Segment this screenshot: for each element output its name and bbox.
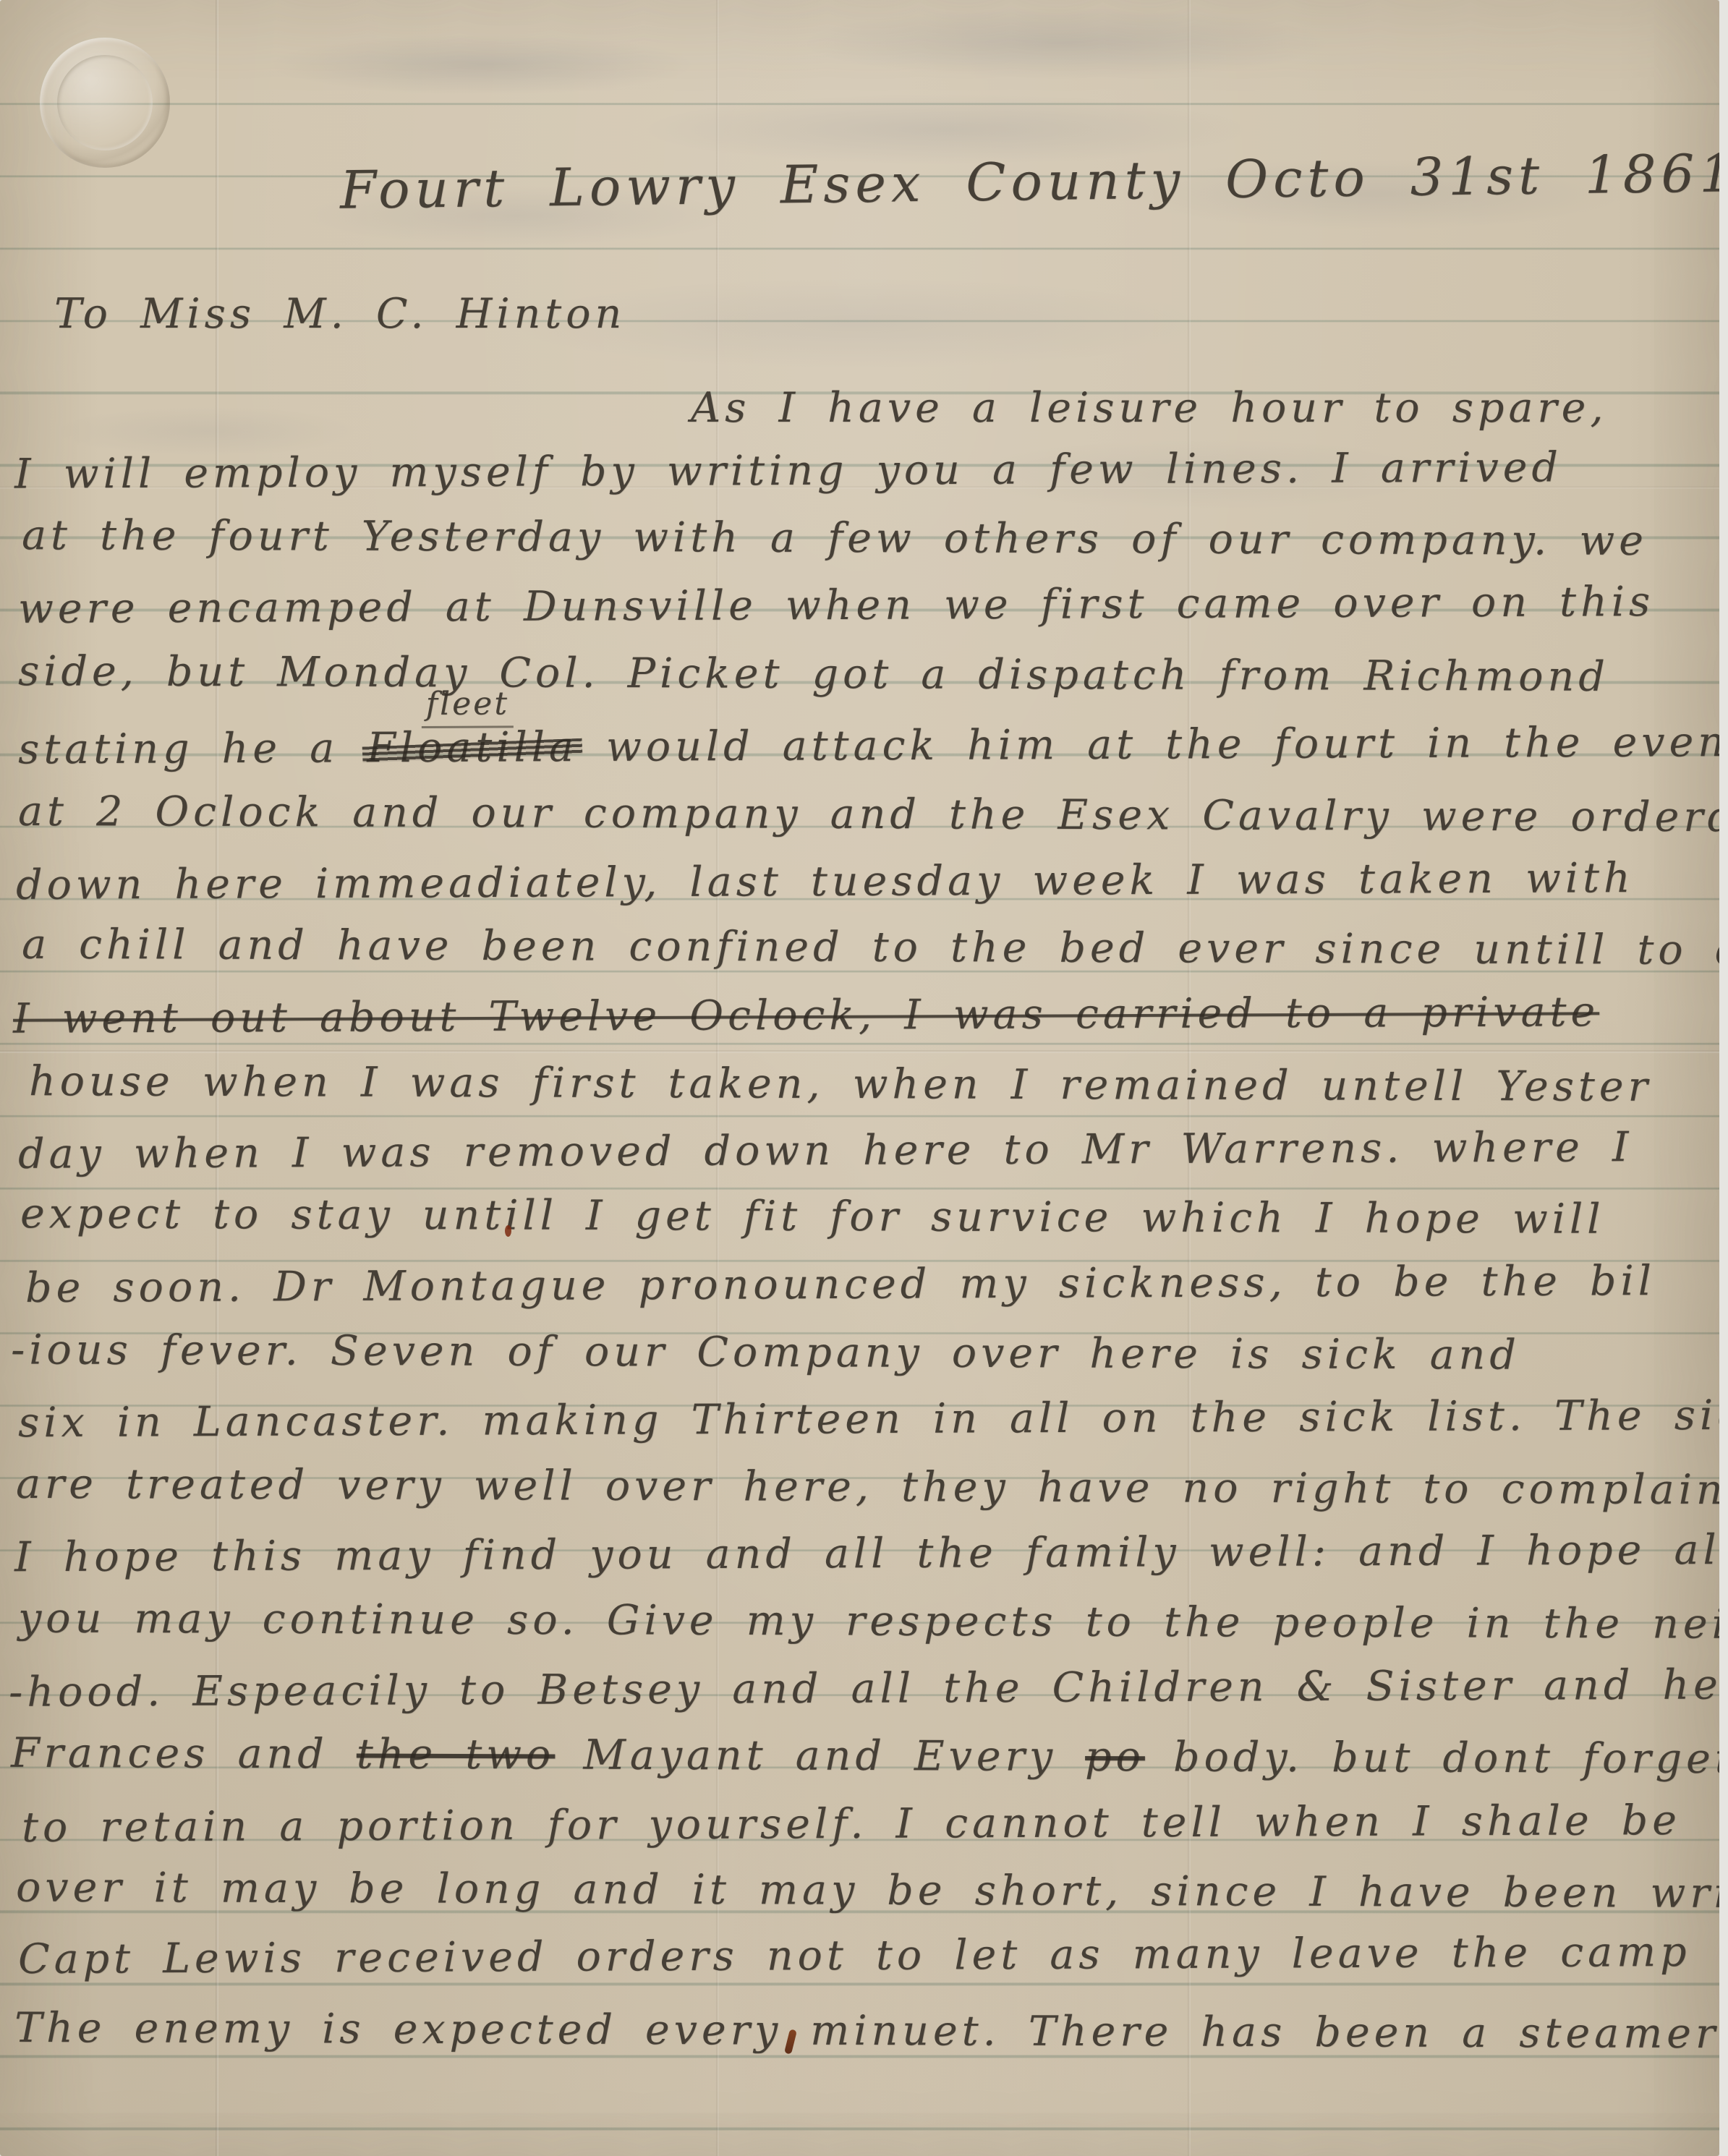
- handwritten-line: Capt Lewis received orders not to let as…: [18, 1926, 1691, 1986]
- scanner-background-edge: [1719, 0, 1728, 2156]
- handwritten-line: expect to stay untill I get fit for surv…: [20, 1188, 1605, 1246]
- handwritten-line: were encamped at Dunsville when we first…: [18, 576, 1655, 636]
- letter-opening-line: As I have a leisure hour to spare,: [691, 382, 1608, 435]
- handwritten-line: over it may be long and it may be short,…: [16, 1862, 1728, 1921]
- scribbled-out-word: Floatillafleet: [367, 721, 578, 775]
- handwritten-line: day when I was removed down here to Mr W…: [18, 1121, 1633, 1181]
- fold-crease-horizontal: [0, 1050, 1719, 1053]
- handwritten-line: are treated very well over here, they ha…: [16, 1458, 1727, 1517]
- struck-word: Floatilla: [367, 721, 578, 775]
- handwritten-line: at the fourt Yesterday with a few others…: [22, 509, 1648, 568]
- handwritten-line: house when I was first taken, when I rem…: [29, 1055, 1652, 1114]
- handwritten-line-with-strikeouts: Frances and the two Mayant and Every po …: [11, 1727, 1728, 1786]
- line-text: would attack him at the fourt in the eve…: [578, 718, 1728, 771]
- handwritten-line: I hope this may find you and all the fam…: [14, 1524, 1728, 1585]
- handwritten-line: at 2 Oclock and our company and the Esex…: [18, 785, 1728, 844]
- handwritten-line: The enemy is expected every minuet. Ther…: [14, 2002, 1719, 2061]
- handwritten-line-with-insertion: stating he a Floatillafleet would attack…: [18, 716, 1728, 777]
- handwritten-line-struck-through: I went out about Twelve Oclock, I was ca…: [13, 986, 1599, 1046]
- handwritten-line: a chill and have been confined to the be…: [22, 919, 1728, 978]
- line-text: body. but dont forget: [1145, 1733, 1728, 1783]
- letter-salutation: To Miss M. C. Hinton: [54, 288, 626, 341]
- ink-blot: [505, 1225, 511, 1237]
- handwritten-line: -ious fever. Seven of our Company over h…: [11, 1324, 1520, 1381]
- line-text: stating he a: [18, 724, 367, 773]
- handwritten-line: I will employ myself by writing you a fe…: [14, 441, 1562, 500]
- handwritten-line: -hood. Espeacily to Betsey and all the C…: [9, 1658, 1728, 1719]
- handwritten-line: side, but Monday Col. Picket got a dispa…: [18, 645, 1609, 704]
- handwritten-line: down here immeadiately, last tuesday wee…: [16, 852, 1635, 912]
- struck-words: the two: [357, 1731, 556, 1779]
- handwritten-line: to retain a portion for yourself. I cann…: [22, 1794, 1681, 1854]
- letter-heading-dateline: Fourt Lowry Esex County Octo 31st 1861: [340, 140, 1728, 223]
- line-text: Frances and: [11, 1729, 357, 1778]
- inserted-word-above: fleet: [422, 683, 514, 728]
- letter-page: Fourt Lowry Esex County Octo 31st 1861 T…: [0, 0, 1719, 2156]
- embossed-seal-icon: [40, 38, 170, 168]
- handwritten-line: you may continue so. Give my respects to…: [18, 1593, 1728, 1652]
- handwritten-line: be soon. Dr Montague pronounced my sickn…: [25, 1255, 1656, 1315]
- struck-word: po: [1085, 1733, 1145, 1781]
- handwritten-line: six in Lancaster. making Thirteen in all…: [18, 1389, 1728, 1450]
- line-text: Mayant and Every: [555, 1731, 1085, 1781]
